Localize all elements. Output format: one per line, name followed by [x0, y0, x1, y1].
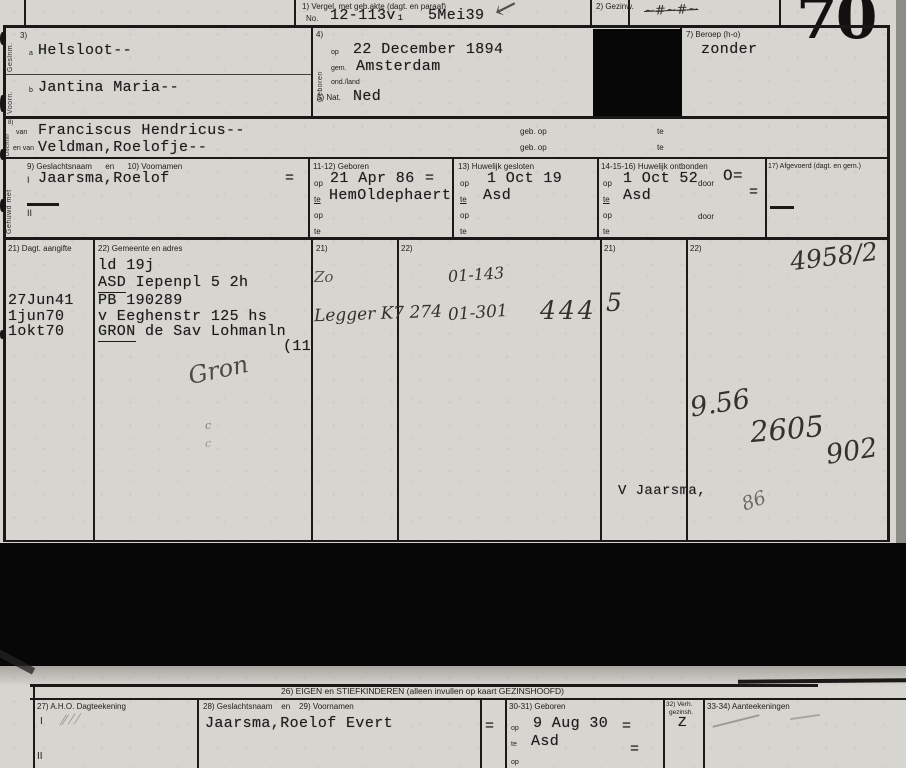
te-label: te	[603, 227, 610, 236]
address-line: GRON de Sav Lohmanln	[98, 324, 286, 339]
grid-line	[663, 700, 665, 768]
grid-line	[703, 700, 705, 768]
grid-line	[311, 240, 313, 541]
child-name-value: Jaarsma,Roelof Evert	[205, 716, 393, 731]
col21b-header: 21)	[316, 244, 328, 253]
equals-mark: =	[285, 171, 294, 186]
address-line: v Eeghenstr 125 hs	[98, 309, 267, 324]
no-label: No.	[306, 14, 318, 23]
equals-mark: =	[485, 719, 494, 734]
child-birth-date: 9 Aug 30	[533, 716, 608, 731]
birth-place-value: Amsterdam	[356, 59, 441, 74]
te-label: te	[314, 195, 321, 204]
door-label: door	[698, 179, 714, 188]
crossed-out-entry: ~#~#~	[644, 3, 699, 18]
op-label: op	[511, 724, 519, 733]
grid-line	[397, 240, 399, 541]
scan-artifact	[0, 199, 5, 212]
border-line	[887, 25, 890, 542]
registration-date: 27Jun41	[8, 293, 74, 308]
pencil-stroke	[790, 714, 820, 720]
border-line	[3, 237, 890, 240]
wedding-date: 1 Oct 19	[487, 171, 562, 186]
roman-i-label: I	[40, 717, 43, 726]
te-label: te	[511, 740, 517, 749]
grid-line	[93, 240, 95, 541]
scanned-registry-card: 1) Vergel. met geb.akte (dagt. en paraaf…	[0, 0, 906, 768]
handwritten-number: 4958/2	[789, 239, 879, 275]
handwritten-number: 01-301	[447, 303, 508, 324]
handwritten-number: 444	[540, 298, 597, 323]
equals-mark: =	[749, 185, 758, 200]
col33-34-header: 33-34) Aanteekeningen	[707, 702, 790, 711]
op-label: op	[603, 179, 612, 188]
city-code-underlined: ASD	[98, 274, 126, 293]
gehuwd-met-side-label: Gehuwd met	[6, 166, 13, 234]
grid-line	[765, 159, 767, 239]
grid-line	[311, 25, 313, 118]
col21c-header: 21)	[604, 244, 616, 253]
te-label: te	[657, 143, 664, 152]
pencil-stroke	[713, 714, 760, 727]
beroep-value: zonder	[701, 42, 757, 57]
redaction-band	[0, 543, 906, 666]
grid-line	[197, 700, 199, 768]
scan-artifact	[0, 330, 4, 339]
surname-side-label: Geslnm.	[7, 34, 14, 72]
ondland-label: ond./land	[331, 78, 360, 87]
address-rest: Iepenpl 5 2h	[126, 274, 248, 291]
roman-ii-label: II	[27, 209, 32, 218]
op-label: op	[314, 211, 323, 220]
handwritten-mark: c	[205, 438, 211, 449]
op-label: op	[460, 211, 469, 220]
wedding-place: Asd	[483, 188, 511, 203]
field4-label: 4)	[316, 30, 323, 39]
te-label: te	[460, 227, 467, 236]
address-line: PB 190289	[98, 293, 183, 308]
hand-arrow-mark-icon: ↙	[490, 0, 521, 25]
op-label: op	[331, 48, 339, 57]
handwritten-mark: c	[205, 420, 211, 431]
scan-artifact	[0, 32, 6, 45]
spouse-name-value: Jaarsma,Roelof	[38, 171, 170, 186]
col22c-header: 22)	[690, 244, 702, 253]
grid-line	[590, 0, 592, 26]
border-line	[3, 157, 890, 159]
geb-op-label: geb. op	[520, 127, 547, 136]
handwritten-number: 01-143	[448, 265, 505, 285]
field2-label: 2) Gezinw.	[596, 2, 634, 11]
handwritten-number: 9.56	[688, 385, 752, 421]
grid-line	[4, 74, 311, 75]
handwritten-number: 5	[606, 290, 622, 315]
field17-header: 17) Afgevoerd (dagt. en gem.)	[768, 162, 861, 171]
te-label: te	[603, 195, 610, 204]
geb-op-label: geb. op	[520, 143, 547, 152]
firstnames-value: Jantina Maria--	[38, 80, 179, 95]
date-stamp: 5Mei39	[428, 8, 484, 23]
field5-nat-label: 5) Nat.	[317, 93, 341, 102]
op-label: op	[314, 179, 323, 188]
equals-mark: =	[425, 171, 434, 186]
field7-beroep-label: 7) Beroep (h-o)	[686, 30, 740, 39]
address-line: (11	[283, 339, 311, 354]
mother-name-value: Veldman,Roelofje--	[38, 140, 207, 155]
pencil-mark: ⁄⁄ ⁄ ⁄	[61, 713, 79, 728]
en-van-label: en van	[13, 144, 34, 153]
registration-date: 1okt70	[8, 324, 64, 339]
col28-29-header: 28) Geslachtsnaam en 29) Voornamen	[203, 702, 354, 711]
grid-line	[480, 700, 482, 768]
handwritten-legger: Legger K7 274	[314, 304, 443, 325]
col22-header: 22) Gemeente en adres	[98, 244, 183, 253]
col22b-header: 22)	[401, 244, 413, 253]
daughter-side-label: Dochter	[5, 124, 11, 156]
grid-line	[600, 240, 602, 541]
border-line	[30, 698, 906, 700]
border-line	[3, 25, 890, 28]
van-label: van	[16, 128, 27, 137]
door-label: door	[698, 212, 714, 221]
redaction-box	[593, 29, 682, 116]
father-name-value: Franciscus Hendricus--	[38, 123, 245, 138]
handwritten-number: 86	[739, 488, 768, 514]
op-label: op	[460, 179, 469, 188]
card-number: 12-113v₁	[330, 8, 405, 23]
equals-mark: =	[630, 742, 639, 757]
border-line	[33, 687, 35, 768]
col21-header: 21) Dagt. aangifte	[8, 244, 72, 253]
op-label: op	[603, 211, 612, 220]
child-birth-place: Asd	[531, 734, 559, 749]
equals-mark: =	[622, 719, 631, 734]
grid-line	[24, 0, 26, 26]
op-label: op	[511, 758, 519, 767]
address-rest: de Sav Lohmanln	[136, 323, 286, 340]
roman-i-label: I	[27, 176, 30, 185]
sub-b-label: b	[29, 86, 33, 95]
typed-signature: V Jaarsma,	[618, 484, 706, 499]
handwritten-gron: Gron	[186, 352, 250, 388]
spouse-birth-date: 21 Apr 86	[330, 171, 415, 186]
border-line	[3, 116, 890, 119]
field3-label: 3)	[20, 31, 27, 40]
blank-dash	[27, 203, 59, 206]
page-number: 70	[796, 0, 876, 48]
divorce-place: Asd	[623, 188, 651, 203]
handwritten-zo: Zo	[314, 270, 333, 285]
registration-date: 1jun70	[8, 309, 64, 324]
col30-31-header: 30-31) Geboren	[509, 702, 565, 711]
address-line: ASD Iepenpl 5 2h	[98, 275, 248, 290]
grid-line	[308, 159, 310, 239]
spouse-birth-place: HemOldephaert	[329, 188, 451, 203]
grid-line	[294, 0, 296, 26]
paper-edge-shadow	[896, 0, 906, 543]
col27-header: 27) A.H.O. Dagteekening	[37, 702, 126, 711]
grid-line	[779, 0, 781, 26]
handwritten-number: 2605	[749, 412, 825, 447]
city-code-underlined: GRON	[98, 323, 136, 342]
te-label: te	[460, 195, 467, 204]
nationality-value: Ned	[353, 89, 381, 104]
birth-date-value: 22 December 1894	[353, 42, 503, 57]
grid-line	[505, 700, 507, 768]
grid-line	[597, 159, 599, 239]
grid-line	[452, 159, 454, 239]
firstname-side-label: Voorn.	[7, 80, 14, 114]
te-label: te	[314, 227, 321, 236]
te-label: te	[657, 127, 664, 136]
blank-dash	[770, 206, 794, 209]
roman-ii-label: II	[37, 752, 43, 761]
verh-gezinsh-value: Z	[678, 716, 687, 731]
border-line	[3, 540, 890, 542]
handwritten-number: 902	[824, 434, 879, 469]
surname-value: Helsloot--	[38, 43, 132, 58]
gem-label: gem.	[331, 64, 347, 73]
sub-a-label: a	[29, 49, 33, 58]
divorce-date: 1 Oct 52	[623, 171, 698, 186]
address-line: ld 19j	[98, 258, 154, 273]
divorce-door-value: O=	[723, 169, 743, 184]
children-section-title: 26) EIGEN en STIEFKINDEREN (alleen invul…	[30, 687, 815, 696]
scan-artifact	[0, 95, 5, 112]
